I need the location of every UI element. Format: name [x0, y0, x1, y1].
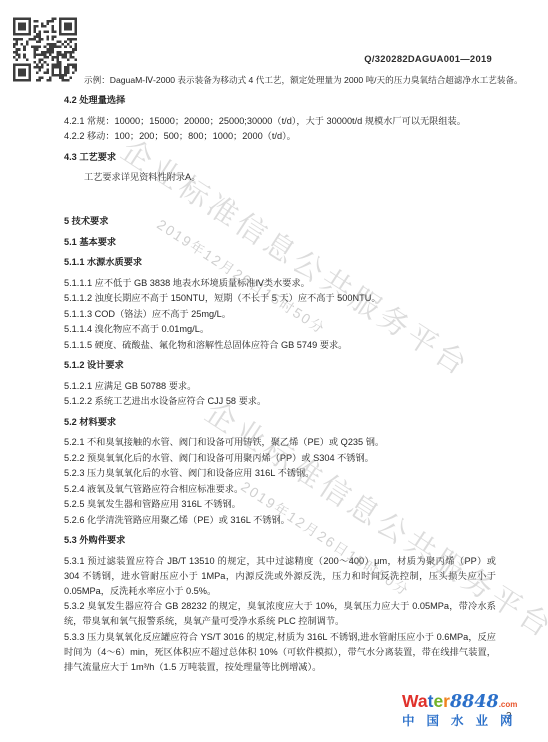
paragraph: 4.2.1 常规：10000；15000；20000；25000;30000（t… [64, 114, 496, 129]
paragraph: 5.1.1.2 浊度长期应不高于 150NTU，短期（不长于 5 天）应不高于 … [64, 291, 496, 306]
logo-segment: .com [499, 700, 518, 709]
water8848-wordmark: Water8848.com [402, 693, 542, 712]
logo-segment: 8848 [450, 692, 499, 712]
standard-number: Q/320282DAGUA001—2019 [364, 53, 492, 64]
paragraph: 5.3.2 臭氧发生器应符合 GB 28232 的规定，臭氧浓度应大于 10%，… [64, 599, 496, 629]
paragraph: 示例：DaguaM-Ⅳ-2000 表示装备为移动式 4 代工艺，额定处理量为 2… [64, 74, 496, 87]
paragraph: 5.1.1.5 硬度、硫酸盐、氟化物和溶解性总固体应符合 GB 5749 要求。 [64, 338, 496, 353]
document-body: 示例：DaguaM-Ⅳ-2000 表示装备为移动式 4 代工艺，额定处理量为 2… [64, 74, 496, 675]
paragraph: 工艺要求详见资料性附录A。 [64, 170, 496, 185]
paragraph: 5.1.2.2 系统工艺进出水设备应符合 CJJ 58 要求。 [64, 394, 496, 409]
section-heading: 4.2 处理量选择 [64, 93, 496, 108]
paragraph: 5.2.1 不和臭氧接触的水管、阀门和设备可用铸铁，聚乙烯（PE）或 Q235 … [64, 435, 496, 450]
paragraph: 5.1.1.4 溴化物应不高于 0.01mg/L。 [64, 322, 496, 337]
section-heading: 5.1.2 设计要求 [64, 358, 496, 373]
paragraph: 5.1.1.3 COD（铬法）应不高于 25mg/L。 [64, 307, 496, 322]
section-heading: 5.1.1 水源水质要求 [64, 255, 496, 270]
section-heading: 5.2 材料要求 [64, 415, 496, 430]
document-page: Q/320282DAGUA001—2019 示例：DaguaM-Ⅳ-2000 表… [0, 0, 548, 742]
paragraph: 5.2.3 压力臭氧氧化后的水管、阀门和设备应用 316L 不锈钢。 [64, 466, 496, 481]
paragraph: 4.2.2 移动：100；200；500；800；1000；2000（t/d）。 [64, 129, 496, 144]
section-heading: 5.1 基本要求 [64, 235, 496, 250]
water8848-logo: Water8848.com 中国水业网 [402, 693, 542, 727]
paragraph: 5.1.2.1 应满足 GB 50788 要求。 [64, 379, 496, 394]
logo-segment: r [443, 691, 450, 711]
paragraph: 5.2.5 臭氧发生器和管路应用 316L 不锈钢。 [64, 497, 496, 512]
qr-code-icon [13, 16, 77, 83]
section-heading: 5.3 外购件要求 [64, 533, 496, 548]
paragraph: 5.3.1 预过滤装置应符合 JB/T 13510 的规定，其中过滤精度（200… [64, 554, 496, 599]
paragraph: 5.3.3 压力臭氧氧化反应罐应符合 YS/T 3016 的规定,材质为 316… [64, 630, 496, 675]
section-heading: 4.3 工艺要求 [64, 150, 496, 165]
paragraph: 5.2.6 化学清洗管路应用聚乙烯（PE）或 316L 不锈钢。 [64, 513, 496, 528]
section-heading: 5 技术要求 [64, 214, 496, 229]
logo-segment: Wa [402, 691, 428, 711]
logo-segment: e [433, 691, 443, 711]
water8848-tagline: 中国水业网 [402, 715, 542, 728]
paragraph: 5.2.2 预臭氧氧化后的水管、阀门和设备可用聚丙烯（PP）或 S304 不锈钢… [64, 451, 496, 466]
paragraph: 5.2.4 液氧及氧气管路应符合相应标准要求。 [64, 482, 496, 497]
paragraph: 5.1.1.1 应不低于 GB 3838 地表水环境质量标准Ⅳ类水要求。 [64, 276, 496, 291]
